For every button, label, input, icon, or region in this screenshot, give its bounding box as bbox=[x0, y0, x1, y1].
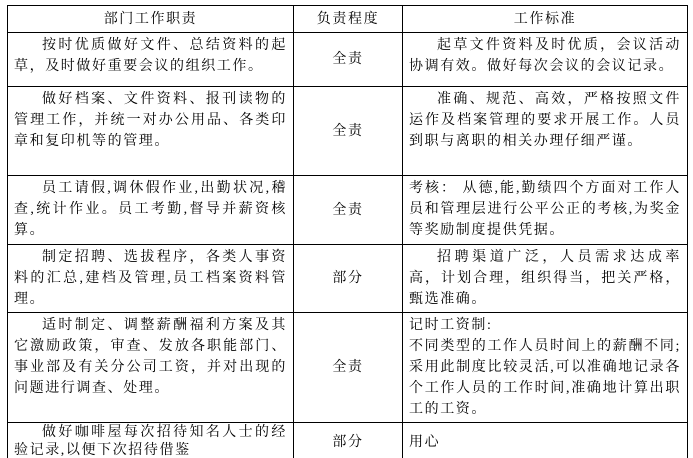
standard-cell: 考核： 从德,能,勤绩四个方面对工作人员和管理层进行公平公正的考核,为奖金等奖励… bbox=[403, 176, 688, 245]
duty-cell: 做好档案、文件资料、报刊读物的管理工作，并统一对办公用品、各类印章和复印机等的管… bbox=[8, 87, 294, 176]
table-row: 制定招聘、选拔程序，各类人事资料的汇总,建档及管理,员工档案资料管理。 部分 招… bbox=[8, 245, 688, 313]
standard-cell: 记时工资制: 不同类型的工作人员时间上的薪酬不同;采用此制度比较灵活,可以准确地… bbox=[403, 313, 688, 423]
column-header-duty: 部门工作职责 bbox=[8, 6, 294, 33]
degree-cell: 全责 bbox=[294, 313, 403, 423]
degree-cell: 全责 bbox=[294, 176, 403, 245]
department-duty-table: 部门工作职责 负责程度 工作标准 按时优质做好文件、总结资料的起草，及时做好重要… bbox=[7, 5, 688, 458]
duty-cell: 制定招聘、选拔程序，各类人事资料的汇总,建档及管理,员工档案资料管理。 bbox=[8, 245, 294, 313]
standard-cell: 准确、规范、高效，严格按照文件运作及档案管理的要求开展工作。人员到职与离职的相关… bbox=[403, 87, 688, 176]
column-header-degree: 负责程度 bbox=[294, 6, 403, 33]
table-row: 做好档案、文件资料、报刊读物的管理工作，并统一对办公用品、各类印章和复印机等的管… bbox=[8, 87, 688, 176]
duty-cell: 适时制定、调整薪酬福利方案及其它激励政策，审查、发放各职能部门、事业部及有关分公… bbox=[8, 313, 294, 423]
standard-cell: 用心 bbox=[403, 423, 688, 458]
header-row: 部门工作职责 负责程度 工作标准 bbox=[8, 6, 688, 33]
duty-cell: 按时优质做好文件、总结资料的起草，及时做好重要会议的组织工作。 bbox=[8, 33, 294, 87]
table-row: 员工请假,调休假作业,出勤状况,稽查,统计作业。员工考勤,督导并薪资核算。 全责… bbox=[8, 176, 688, 245]
table-row: 适时制定、调整薪酬福利方案及其它激励政策，审查、发放各职能部门、事业部及有关分公… bbox=[8, 313, 688, 423]
degree-cell: 部分 bbox=[294, 245, 403, 313]
table-row: 做好咖啡屋每次招待知名人士的经验记录,以便下次招待借鉴 部分 用心 bbox=[8, 423, 688, 458]
degree-cell: 全责 bbox=[294, 87, 403, 176]
duty-cell: 员工请假,调休假作业,出勤状况,稽查,统计作业。员工考勤,督导并薪资核算。 bbox=[8, 176, 294, 245]
degree-cell: 部分 bbox=[294, 423, 403, 458]
degree-cell: 全责 bbox=[294, 33, 403, 87]
standard-cell: 起草文件资料及时优质，会议活动协调有效。做好每次会议的会议记录。 bbox=[403, 33, 688, 87]
column-header-standard: 工作标准 bbox=[403, 6, 688, 33]
duty-cell: 做好咖啡屋每次招待知名人士的经验记录,以便下次招待借鉴 bbox=[8, 423, 294, 458]
table-row: 按时优质做好文件、总结资料的起草，及时做好重要会议的组织工作。 全责 起草文件资… bbox=[8, 33, 688, 87]
standard-cell: 招聘渠道广泛，人员需求达成率高，计划合理，组织得当，把关严格，甄选准确。 bbox=[403, 245, 688, 313]
